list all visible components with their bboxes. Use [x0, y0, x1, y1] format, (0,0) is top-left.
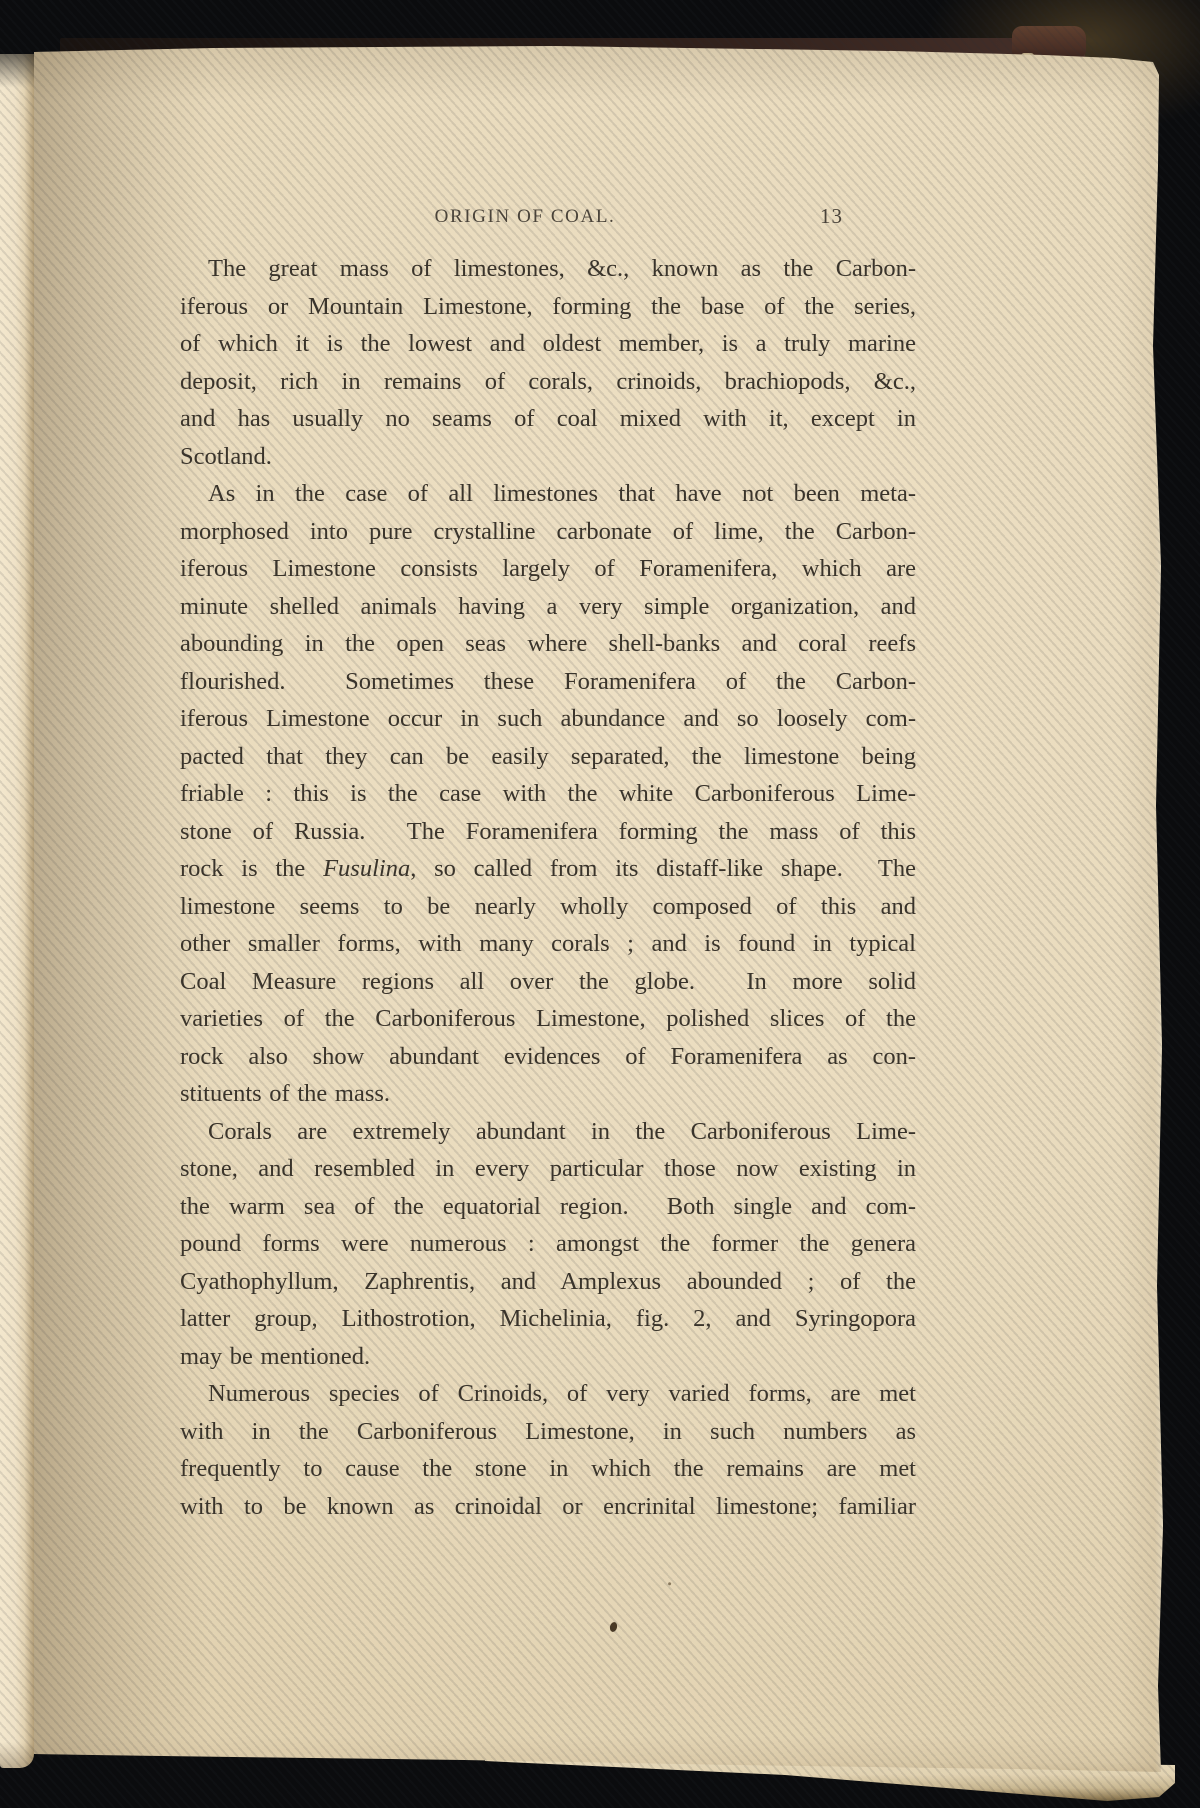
paragraph: As in the case of all limestones that ha… [180, 475, 916, 1113]
text-line: minute shelled animals having a very sim… [180, 588, 916, 626]
text-line: stone, and resembled in every particular… [180, 1150, 916, 1188]
text-line: and has usually no seams of coal mixed w… [180, 400, 916, 438]
text-line: stone of Russia. The Foramenifera formin… [180, 813, 916, 851]
text-line: other smaller forms, with many corals ; … [180, 925, 916, 963]
page-number: 13 [820, 204, 843, 229]
paragraph: Numerous species of Crinoids, of very va… [180, 1375, 916, 1525]
paragraph: Corals are extremely abundant in the Car… [180, 1113, 916, 1376]
text-line: Cyathophyllum, Zaphrentis, and Amplexus … [180, 1263, 916, 1301]
book-page: ORIGIN OF COAL. 13 The great mass of lim… [34, 46, 1164, 1776]
text-line: pacted that they can be easily separated… [180, 738, 916, 776]
previous-page-edge [0, 54, 34, 1768]
text-line: pound forms were numerous : amongst the … [180, 1225, 916, 1263]
text-line: the warm sea of the equatorial region. B… [180, 1188, 916, 1226]
text-line: may be mentioned. [180, 1338, 916, 1376]
text-line: limestone seems to be nearly wholly comp… [180, 888, 916, 926]
book-cover-corner [1012, 26, 1086, 58]
book-photograph: ORIGIN OF COAL. 13 The great mass of lim… [0, 0, 1200, 1808]
body-text: The great mass of limestones, &c., known… [180, 250, 916, 1525]
ink-speck [609, 1621, 618, 1632]
text-line: with to be known as crinoidal or encrini… [180, 1488, 916, 1526]
text-line: rock also show abundant evidences of For… [180, 1038, 916, 1076]
text-line: iferous or Mountain Limestone, forming t… [180, 288, 916, 326]
text-line: rock is the Fusulina, so called from its… [180, 850, 916, 888]
text-line: frequently to cause the stone in which t… [180, 1450, 916, 1488]
text-line: friable : this is the case with the whit… [180, 775, 916, 813]
text-line: As in the case of all limestones that ha… [180, 475, 916, 513]
running-head: ORIGIN OF COAL. [157, 206, 893, 228]
text-line: Scotland. [180, 438, 916, 476]
text-line: varieties of the Carboniferous Limestone… [180, 1000, 916, 1038]
text-line: of which it is the lowest and oldest mem… [180, 325, 916, 363]
text-line: with in the Carboniferous Limestone, in … [180, 1413, 916, 1451]
text-block: ORIGIN OF COAL. 13 The great mass of lim… [180, 196, 916, 1525]
text-line: iferous Limestone occur in such abundanc… [180, 700, 916, 738]
text-line: Numerous species of Crinoids, of very va… [180, 1375, 916, 1413]
text-line: Corals are extremely abundant in the Car… [180, 1113, 916, 1151]
text-line: deposit, rich in remains of corals, crin… [180, 363, 916, 401]
text-line: flourished. Sometimes these Foramenifera… [180, 663, 916, 701]
text-line: morphosed into pure crystalline carbonat… [180, 513, 916, 551]
text-line: Coal Measure regions all over the globe.… [180, 963, 916, 1001]
text-line: abounding in the open seas where shell-b… [180, 625, 916, 663]
paragraph: The great mass of limestones, &c., known… [180, 250, 916, 475]
text-line: latter group, Lithostrotion, Michelinia,… [180, 1300, 916, 1338]
text-line: stituents of the mass. [180, 1075, 916, 1113]
text-line: iferous Limestone consists largely of Fo… [180, 550, 916, 588]
text-line: The great mass of limestones, &c., known… [180, 250, 916, 288]
